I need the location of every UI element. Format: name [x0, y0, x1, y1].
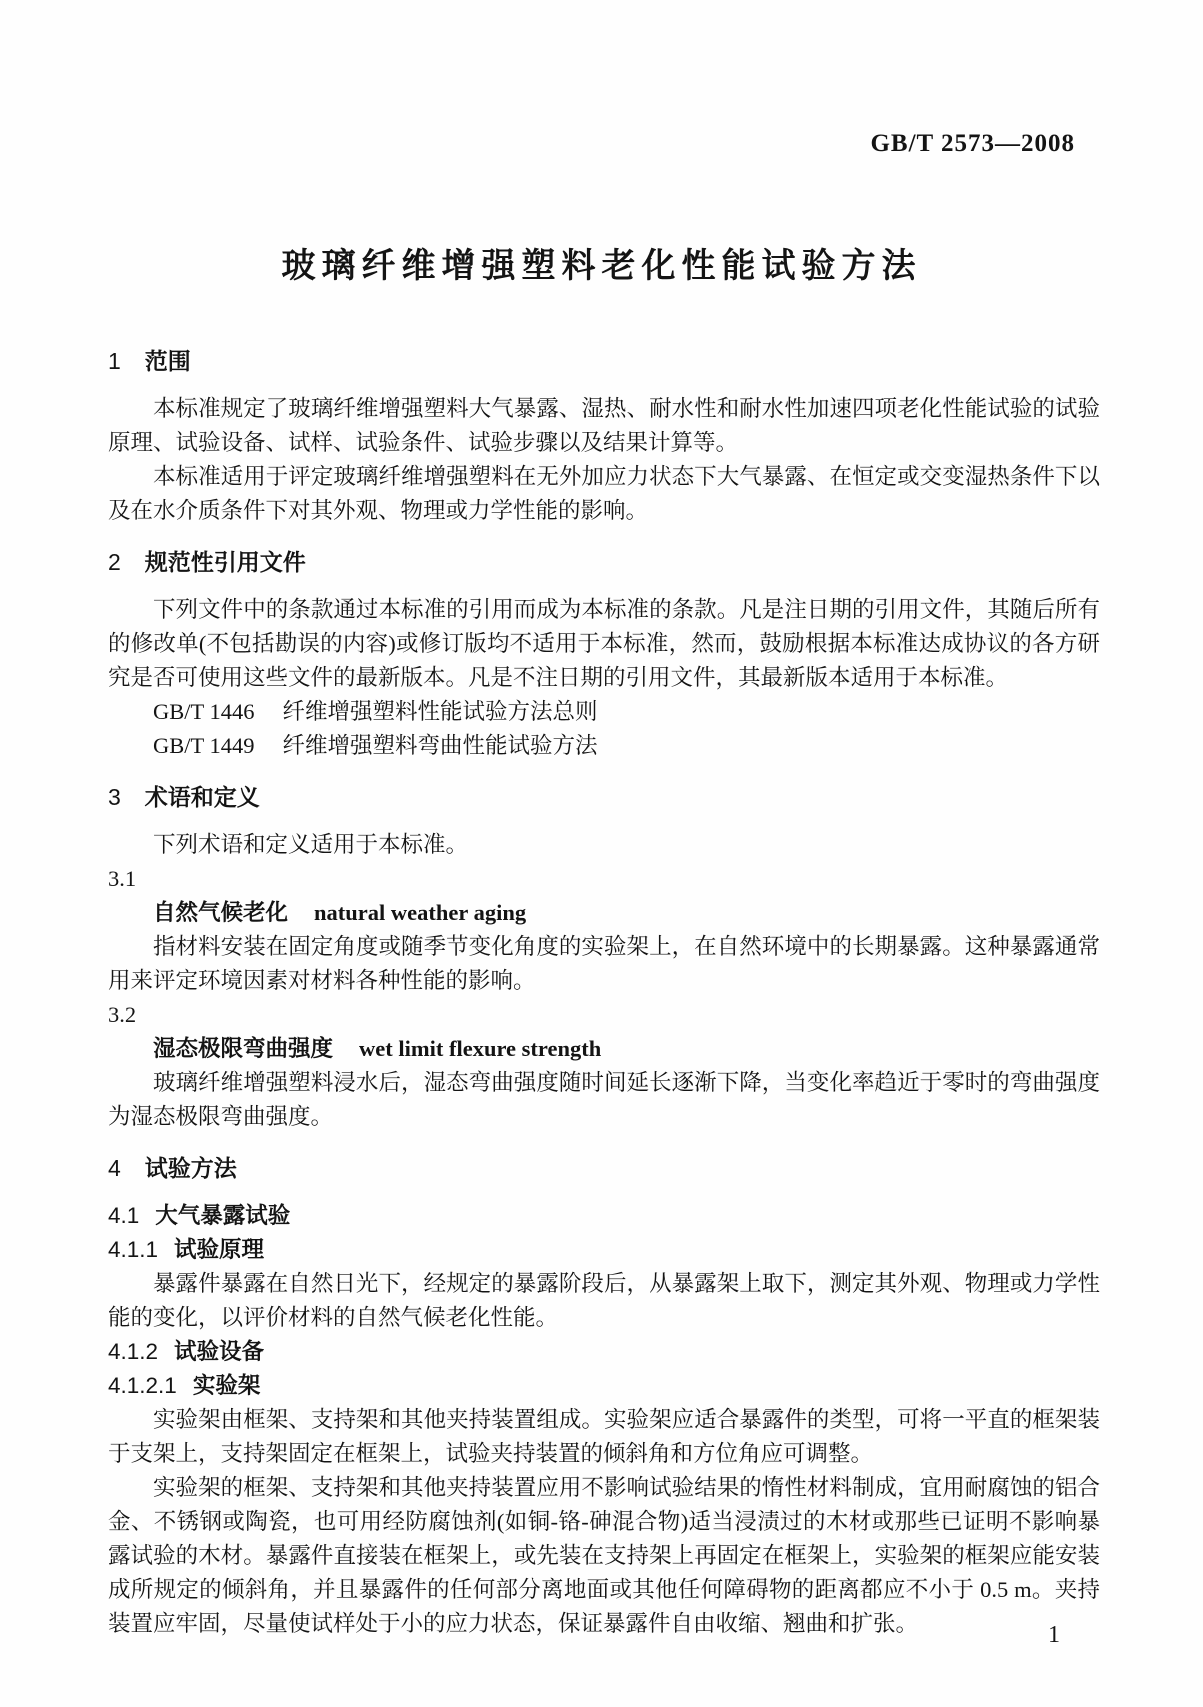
page-number: 1	[1048, 1622, 1060, 1649]
term-chinese: 自然气候老化	[153, 900, 288, 925]
clause-label: 实验架	[193, 1373, 261, 1398]
chapter-number: 4	[108, 1155, 121, 1181]
clause-label: 大气暴露试验	[155, 1203, 290, 1228]
paragraph: 玻璃纤维增强塑料浸水后，湿态弯曲强度随时间延长逐渐下降，当变化率趋近于零时的弯曲…	[108, 1066, 1100, 1134]
standard-code: GB/T 2573—2008	[870, 130, 1075, 158]
paragraph: 暴露件暴露在自然日光下，经规定的暴露阶段后，从暴露架上取下，测定其外观、物理或力…	[108, 1267, 1100, 1335]
document-page: GB/T 2573—2008 玻璃纤维增强塑料老化性能试验方法 1范围 本标准规…	[0, 0, 1203, 1707]
paragraph: 实验架的框架、支持架和其他夹持装置应用不影响试验结果的惰性材料制成，宜用耐腐蚀的…	[108, 1471, 1100, 1641]
clause-heading-atmospheric-exposure: 4.1大气暴露试验	[108, 1199, 1100, 1233]
clause-number: 3.1	[108, 862, 1100, 896]
term-entry: 湿态极限弯曲强度wet limit flexure strength	[108, 1032, 1100, 1066]
chapter-heading-test-methods: 4试验方法	[108, 1151, 1100, 1185]
paragraph: 本标准规定了玻璃纤维增强塑料大气暴露、湿热、耐水性和耐水性加速四项老化性能试验的…	[108, 392, 1100, 460]
chapter-label: 规范性引用文件	[145, 549, 306, 575]
chapter-heading-scope: 1范围	[108, 344, 1100, 378]
document-title: 玻璃纤维增强塑料老化性能试验方法	[0, 238, 1203, 287]
clause-number: 4.1.1	[108, 1237, 158, 1262]
term-english: wet limit flexure strength	[359, 1036, 601, 1061]
reference-code: GB/T 1446	[153, 699, 254, 724]
paragraph: 下列文件中的条款通过本标准的引用而成为本标准的条款。凡是注日期的引用文件，其随后…	[108, 593, 1100, 695]
clause-number: 3.2	[108, 998, 1100, 1032]
chapter-number: 2	[108, 549, 121, 575]
reference-item: GB/T 1446纤维增强塑料性能试验方法总则	[108, 695, 1100, 729]
clause-number: 4.1	[108, 1203, 139, 1228]
chapter-number: 1	[108, 348, 121, 374]
term-english: natural weather aging	[314, 900, 526, 925]
document-body: 1范围 本标准规定了玻璃纤维增强塑料大气暴露、湿热、耐水性和耐水性加速四项老化性…	[108, 344, 1100, 1641]
clause-number: 4.1.2	[108, 1339, 158, 1364]
clause-label: 试验设备	[174, 1339, 264, 1364]
clause-heading-test-principle: 4.1.1试验原理	[108, 1233, 1100, 1267]
chapter-heading-terms-definitions: 3术语和定义	[108, 780, 1100, 814]
reference-code: GB/T 1449	[153, 733, 254, 758]
chapter-label: 术语和定义	[145, 784, 260, 810]
chapter-heading-normative-references: 2规范性引用文件	[108, 545, 1100, 579]
term-chinese: 湿态极限弯曲强度	[153, 1036, 333, 1061]
term-entry: 自然气候老化natural weather aging	[108, 896, 1100, 930]
reference-title: 纤维增强塑料性能试验方法总则	[282, 699, 597, 724]
chapter-number: 3	[108, 784, 121, 810]
clause-heading-test-rack: 4.1.2.1实验架	[108, 1369, 1100, 1403]
clause-label: 试验原理	[174, 1237, 264, 1262]
chapter-label: 范围	[145, 348, 191, 374]
clause-number: 4.1.2.1	[108, 1373, 177, 1398]
paragraph: 实验架由框架、支持架和其他夹持装置组成。实验架应适合暴露件的类型，可将一平直的框…	[108, 1403, 1100, 1471]
clause-heading-test-equipment: 4.1.2试验设备	[108, 1335, 1100, 1369]
paragraph: 指材料安装在固定角度或随季节变化角度的实验架上，在自然环境中的长期暴露。这种暴露…	[108, 930, 1100, 998]
paragraph: 本标准适用于评定玻璃纤维增强塑料在无外加应力状态下大气暴露、在恒定或交变湿热条件…	[108, 460, 1100, 528]
chapter-label: 试验方法	[145, 1155, 237, 1181]
paragraph: 下列术语和定义适用于本标准。	[108, 828, 1100, 862]
reference-title: 纤维增强塑料弯曲性能试验方法	[282, 733, 597, 758]
reference-item: GB/T 1449纤维增强塑料弯曲性能试验方法	[108, 729, 1100, 763]
